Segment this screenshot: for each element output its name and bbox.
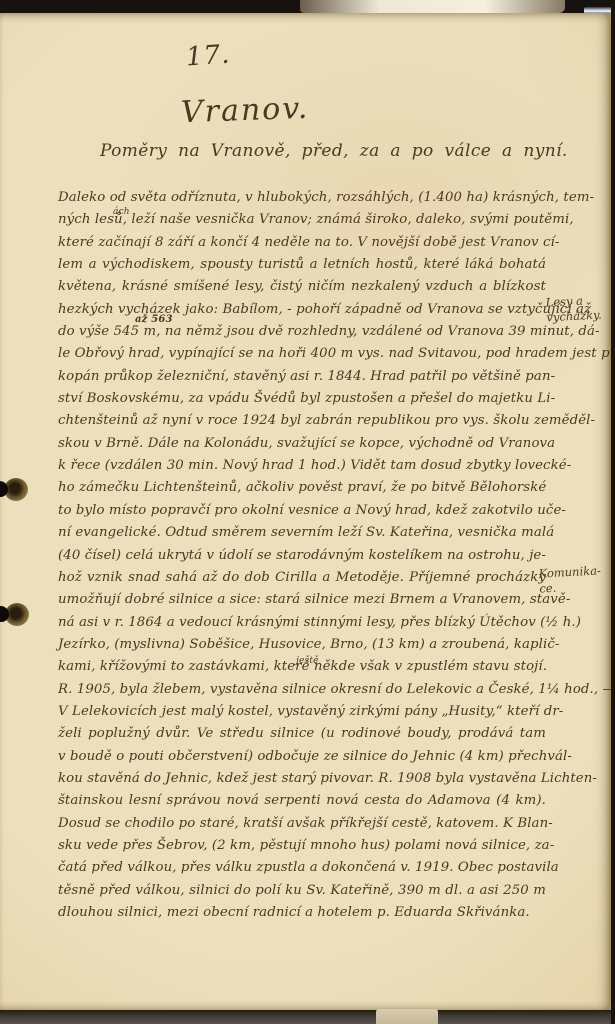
body-text-line: které začínají 8 září a končí 4 neděle n…: [58, 232, 546, 254]
body-text-line: těsně před válkou, silnici do polí ku Sv…: [58, 880, 546, 902]
interline-correction-jeste: ještě: [296, 656, 319, 666]
body-text-line: Jezírko, (myslivna) Soběšice, Husovice, …: [58, 634, 546, 656]
body-text-line: želi poplužný dvůr. Ve středu silnice (u…: [58, 723, 546, 745]
margin-note-komunikace: Komunika- ce.: [538, 563, 602, 596]
body-text-line: umožňují dobré silnice a sice: stará sil…: [58, 589, 546, 611]
body-text-line: Dosud se chodilo po staré, kratší avšak …: [58, 813, 546, 835]
body-text-line: v boudě o pouti občerstvení) odbočuje ze…: [58, 746, 546, 768]
margin-note-lesy-a-vychazky: Lesy a vycházky.: [545, 293, 602, 326]
page-number: 17.: [185, 39, 231, 72]
scan-background-bottom: [0, 1010, 615, 1024]
section-heading: Poměry na Vranově, před, za a po válce a…: [100, 141, 568, 161]
body-text-line: Daleko od světa odříznuta, v hlubokých, …: [58, 187, 546, 209]
scanned-chronicle-page: 17. Vranov. Poměry na Vranově, před, za …: [0, 0, 615, 1024]
body-text-line: to bylo místo popravčí pro okolní vesnic…: [58, 500, 546, 522]
body-text-line: kopán průkop železniční, stavěný asi r. …: [58, 366, 546, 388]
body-text-line: chtenšteinů až nyní v roce 1924 byl zabr…: [58, 410, 546, 432]
body-text-line: ho zámečku Lichtenšteinů, ačkoliv pověst…: [58, 477, 546, 499]
body-text-line: ství Boskovskému, za vpádu Švédů byl zpu…: [58, 388, 546, 410]
body-text-line: hož vznik snad sahá až do dob Cirilla a …: [58, 567, 546, 589]
body-text-line: květena, krásné smíšené lesy, čistý ničí…: [58, 276, 546, 298]
body-text-line: kou stavěná do Jehnic, kdež jest starý p…: [58, 768, 546, 790]
body-text-line: k řece (vzdálen 30 min. Nový hrad 1 hod.…: [58, 455, 546, 477]
scan-background-right: [611, 0, 615, 1024]
page-title: Vranov.: [180, 91, 309, 130]
body-text: Daleko od světa odříznuta, v hlubokých, …: [58, 187, 546, 924]
punch-hole-bottom: [5, 603, 29, 626]
body-text-line: skou v Brně. Dále na Kolonádu, svažující…: [58, 433, 546, 455]
body-text-line: ných lesů, leží naše vesnička Vranov; zn…: [58, 209, 546, 231]
body-text-line: (40 čísel) celá ukrytá v údolí se starod…: [58, 545, 546, 567]
body-text-line: hezkých vycházek jako: Babílom, - pohoří…: [58, 299, 546, 321]
body-text-line: sku vede přes Šebrov, (2 km, pěstují mno…: [58, 835, 546, 857]
body-text-line: ná asi v r. 1864 a vedoucí krásnými stin…: [58, 612, 546, 634]
body-text-line: V Lelekovicích jest malý kostel, vystavě…: [58, 701, 546, 723]
body-text-line: le Obřový hrad, vypínající se na hoři 40…: [58, 343, 546, 365]
body-text-line: dlouhou silnici, mezi obecní radnicí a h…: [58, 902, 546, 924]
body-text-line: ní evangelické. Odtud směrem severním le…: [58, 522, 546, 544]
body-text-line: čatá před válkou, přes válku zpustla a d…: [58, 857, 546, 879]
body-text-line: štainskou lesní správou nová serpenti no…: [58, 790, 546, 812]
page-marker-tab: [376, 1009, 438, 1024]
paper-sheet: 17. Vranov. Poměry na Vranově, před, za …: [0, 13, 611, 1010]
interline-correction-ach: ách: [113, 207, 130, 217]
body-text-line: lem a východiskem, spousty turistů a let…: [58, 254, 546, 276]
interline-correction-az-563: až 563: [135, 314, 173, 325]
body-text-line: R. 1905, byla žlebem, vystavěna silnice …: [58, 679, 546, 701]
punch-hole-top: [4, 478, 28, 501]
page-behind-sliver: [300, 0, 565, 13]
body-text-line: do výše 545 m, na němž jsou dvě rozhledn…: [58, 321, 546, 343]
